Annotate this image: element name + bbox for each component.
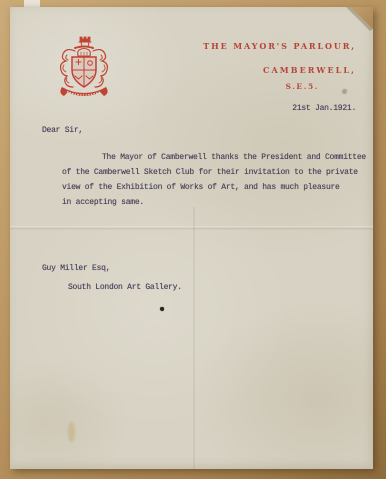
date-line: 21st Jan.1921. — [292, 104, 356, 113]
letter-photograph: THE MAYOR'S PARLOUR, CAMBERWELL, S.E.5. … — [0, 0, 386, 479]
paper-speck — [342, 89, 347, 94]
letterhead-line-borough: CAMBERWELL, — [203, 65, 356, 75]
ink-spot — [160, 307, 164, 311]
letterhead-line-parlour: THE MAYOR'S PARLOUR, — [203, 41, 356, 51]
body-line: of the Camberwell Sketch Club for their … — [62, 165, 366, 180]
horizontal-fold-crease — [10, 226, 373, 230]
recipient-address: South London Art Gallery. — [68, 283, 182, 292]
letterhead-line-postcode: S.E.5. — [203, 82, 356, 91]
coat-of-arms-icon — [55, 34, 113, 98]
letter-body: The Mayor of Camberwell thanks the Presi… — [62, 150, 366, 210]
body-line: view of the Exhibition of Works of Art, … — [62, 180, 366, 195]
body-line: in accepting same. — [62, 195, 366, 210]
letter-paper: THE MAYOR'S PARLOUR, CAMBERWELL, S.E.5. … — [10, 7, 373, 469]
paper-stain — [68, 422, 75, 442]
body-line: The Mayor of Camberwell thanks the Presi… — [102, 150, 366, 165]
letterhead: THE MAYOR'S PARLOUR, CAMBERWELL, S.E.5. — [203, 41, 356, 91]
recipient-name: Guy Miller Esq, — [42, 264, 110, 273]
salutation: Dear Sir, — [42, 126, 83, 135]
vertical-fold-crease — [193, 207, 195, 469]
